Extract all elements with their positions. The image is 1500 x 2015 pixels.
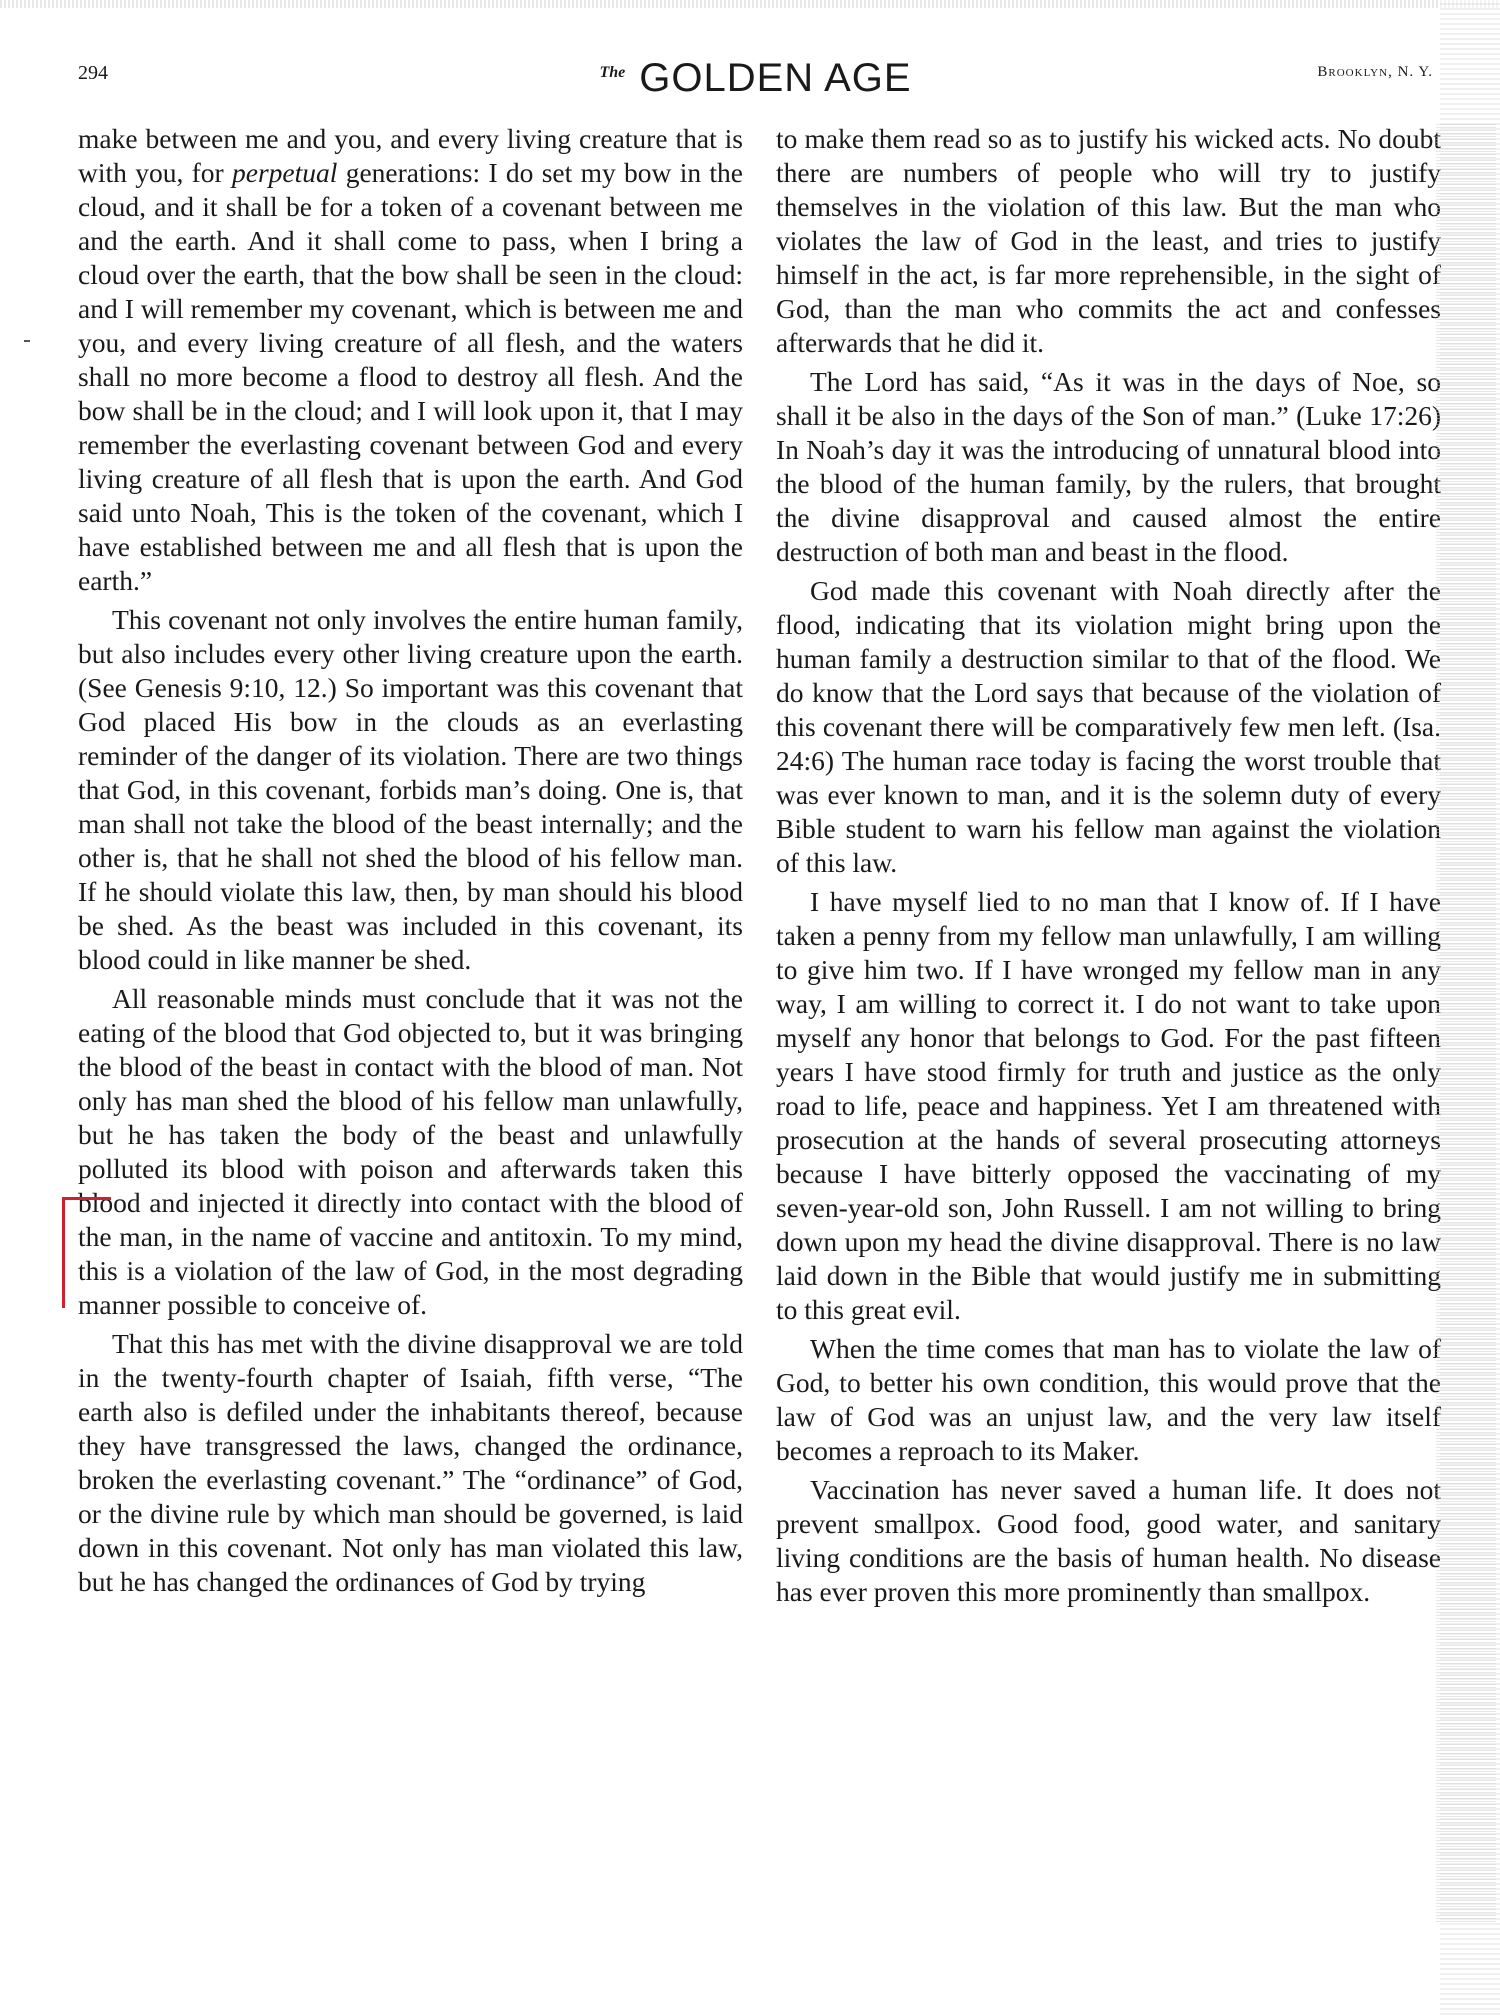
scanned-page: 294 TheGOLDEN AGE Brooklyn, N. Y. make b… [0,0,1500,2015]
paragraph: to make them read so as to justify his w… [776,122,1441,360]
left-column: make between me and you, and every livin… [78,122,743,1604]
italic-text: perpetual [232,157,337,188]
paragraph: When the time comes that man has to viol… [776,1332,1441,1468]
paragraph: make between me and you, and every livin… [78,122,743,598]
paragraph: That this has met with the divine disapp… [78,1327,743,1599]
place-line: Brooklyn, N. Y. [1317,64,1433,81]
paragraph: God made this covenant with Noah directl… [776,574,1441,880]
scan-noise-right [1440,0,1500,2015]
paragraph: This covenant not only involves the enti… [78,603,743,977]
paragraph: Vaccination has never saved a human life… [776,1473,1441,1609]
running-header: 294 TheGOLDEN AGE Brooklyn, N. Y. [78,56,1433,106]
paragraph: The Lord has said, “As it was in the day… [776,365,1441,569]
masthead-the: The [599,64,625,81]
masthead: TheGOLDEN AGE [78,56,1433,101]
paragraph-annotated: All reasonable minds must conclude that … [78,982,743,1322]
margin-mark [24,340,30,342]
text-run: generations: I do set my bow in the clou… [78,157,743,596]
masthead-title: GOLDEN AGE [639,56,911,100]
right-column: to make them read so as to justify his w… [776,122,1441,1614]
red-bracket-annotation [62,1197,111,1308]
paragraph: I have myself lied to no man that I know… [776,885,1441,1327]
scan-noise-top [0,0,1500,8]
